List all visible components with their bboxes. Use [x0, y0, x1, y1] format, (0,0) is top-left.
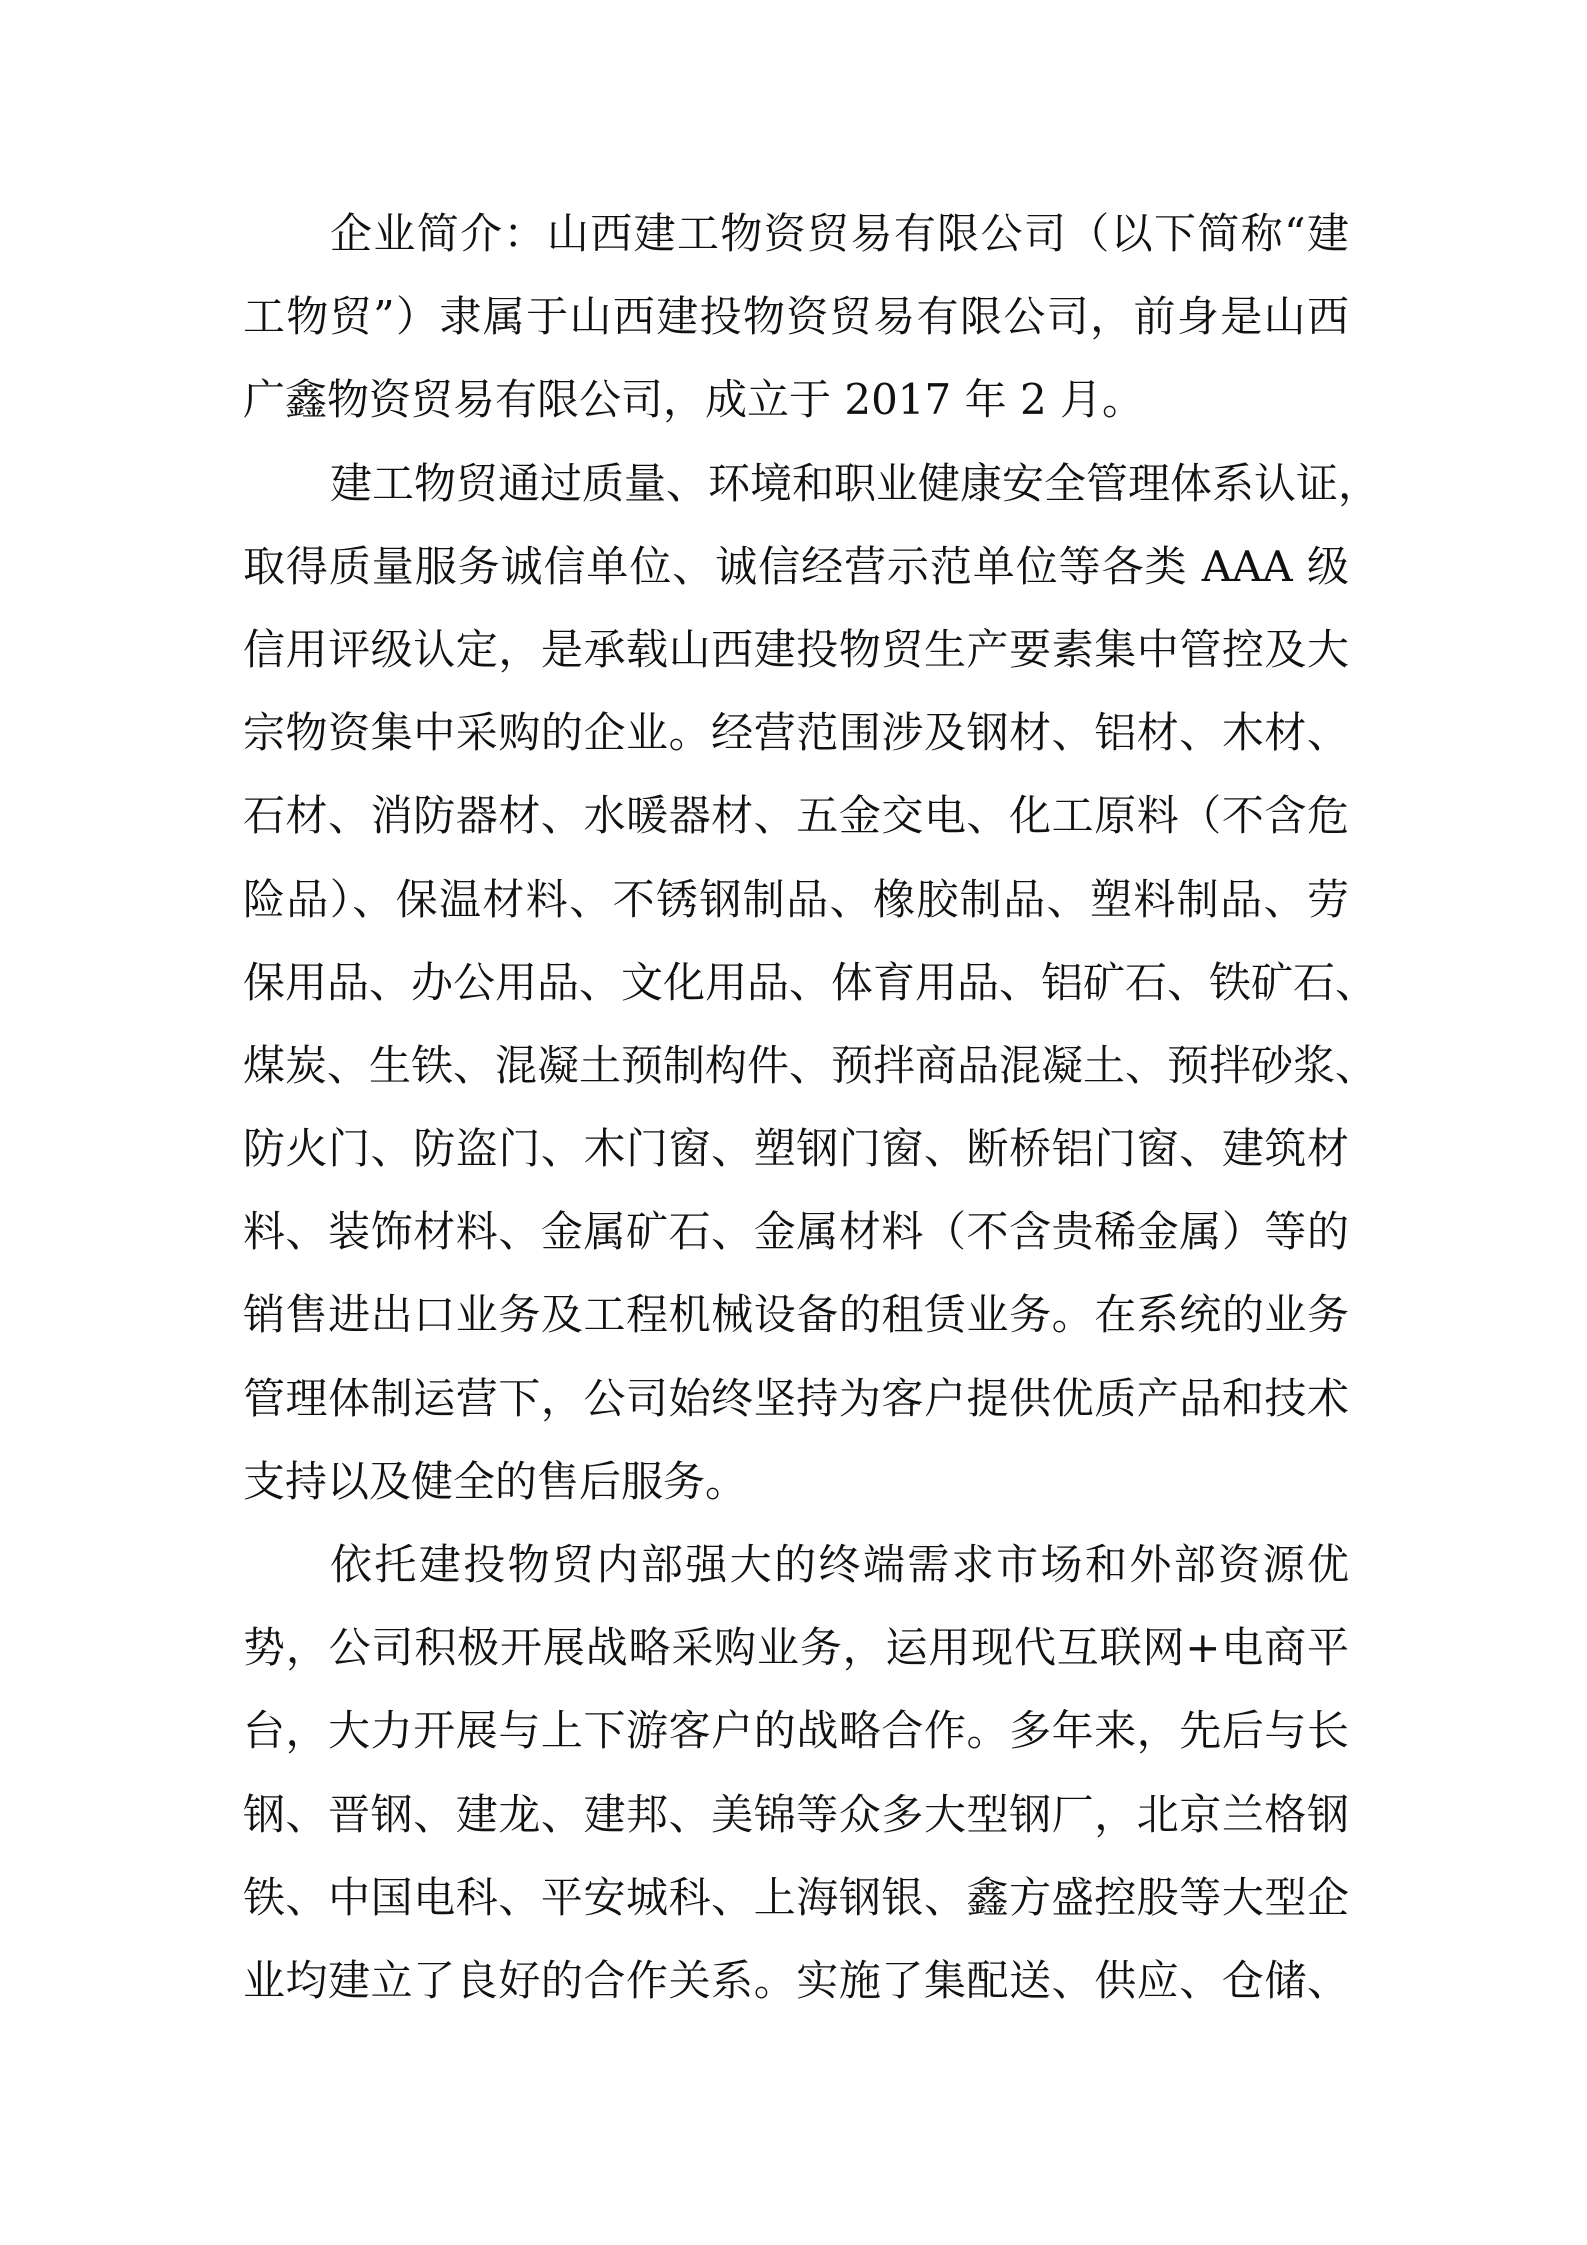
- document-body: 企业简介：山西建工物资贸易有限公司（以下简称“建 工物贸”）隶属于山西建投物资贸…: [243, 192, 1349, 2022]
- text-line: 煤炭、生铁、混凝土预制构件、预拌商品混凝土、预拌砂浆、: [243, 1024, 1349, 1107]
- text-line: 台，大力开展与上下游客户的战略合作。多年来，先后与长: [243, 1689, 1349, 1772]
- paragraph-scope: 建工物贸通过质量、环境和职业健康安全管理体系认证， 取得质量服务诚信单位、诚信经…: [243, 442, 1349, 1523]
- text-line: 管理体制运营下，公司始终坚持为客户提供优质产品和技术: [243, 1357, 1349, 1440]
- text-line: 信用评级认定，是承载山西建投物贸生产要素集中管控及大: [243, 608, 1349, 691]
- paragraph-intro: 企业简介：山西建工物资贸易有限公司（以下简称“建 工物贸”）隶属于山西建投物资贸…: [243, 192, 1349, 442]
- text-line: 企业简介：山西建工物资贸易有限公司（以下简称“建: [243, 192, 1349, 275]
- text-line: 宗物资集中采购的企业。经营范围涉及钢材、铝材、木材、: [243, 691, 1349, 774]
- text-line: 依托建投物贸内部强大的终端需求市场和外部资源优: [243, 1523, 1349, 1606]
- paragraph-cooperation: 依托建投物贸内部强大的终端需求市场和外部资源优 势，公司积极开展战略采购业务，运…: [243, 1523, 1349, 2022]
- text-line: 保用品、办公用品、文化用品、体育用品、铝矿石、铁矿石、: [243, 941, 1349, 1024]
- text-line: 防火门、防盗门、木门窗、塑钢门窗、断桥铝门窗、建筑材: [243, 1107, 1349, 1190]
- text-line: 建工物贸通过质量、环境和职业健康安全管理体系认证，: [243, 442, 1349, 525]
- text-line: 势，公司积极开展战略采购业务，运用现代互联网+电商平: [243, 1606, 1349, 1689]
- text-line: 料、装饰材料、金属矿石、金属材料（不含贵稀金属）等的: [243, 1190, 1349, 1273]
- document-page: 企业简介：山西建工物资贸易有限公司（以下简称“建 工物贸”）隶属于山西建投物资贸…: [0, 0, 1587, 2245]
- text-line: 业均建立了良好的合作关系。实施了集配送、供应、仓储、: [243, 1939, 1349, 2022]
- text-line: 取得质量服务诚信单位、诚信经营示范单位等各类 AAA 级: [243, 525, 1349, 608]
- text-line: 铁、中国电科、平安城科、上海钢银、鑫方盛控股等大型企: [243, 1856, 1349, 1939]
- text-line: 钢、晋钢、建龙、建邦、美锦等众多大型钢厂，北京兰格钢: [243, 1773, 1349, 1856]
- text-line: 销售进出口业务及工程机械设备的租赁业务。在系统的业务: [243, 1273, 1349, 1356]
- text-line: 石材、消防器材、水暖器材、五金交电、化工原料（不含危: [243, 774, 1349, 857]
- text-line: 工物贸”）隶属于山西建投物资贸易有限公司，前身是山西: [243, 275, 1349, 358]
- text-line: 广鑫物资贸易有限公司，成立于 2017 年 2 月。: [243, 358, 1349, 441]
- text-line: 支持以及健全的售后服务。: [243, 1440, 1349, 1523]
- text-line: 险品）、保温材料、不锈钢制品、橡胶制品、塑料制品、劳: [243, 858, 1349, 941]
